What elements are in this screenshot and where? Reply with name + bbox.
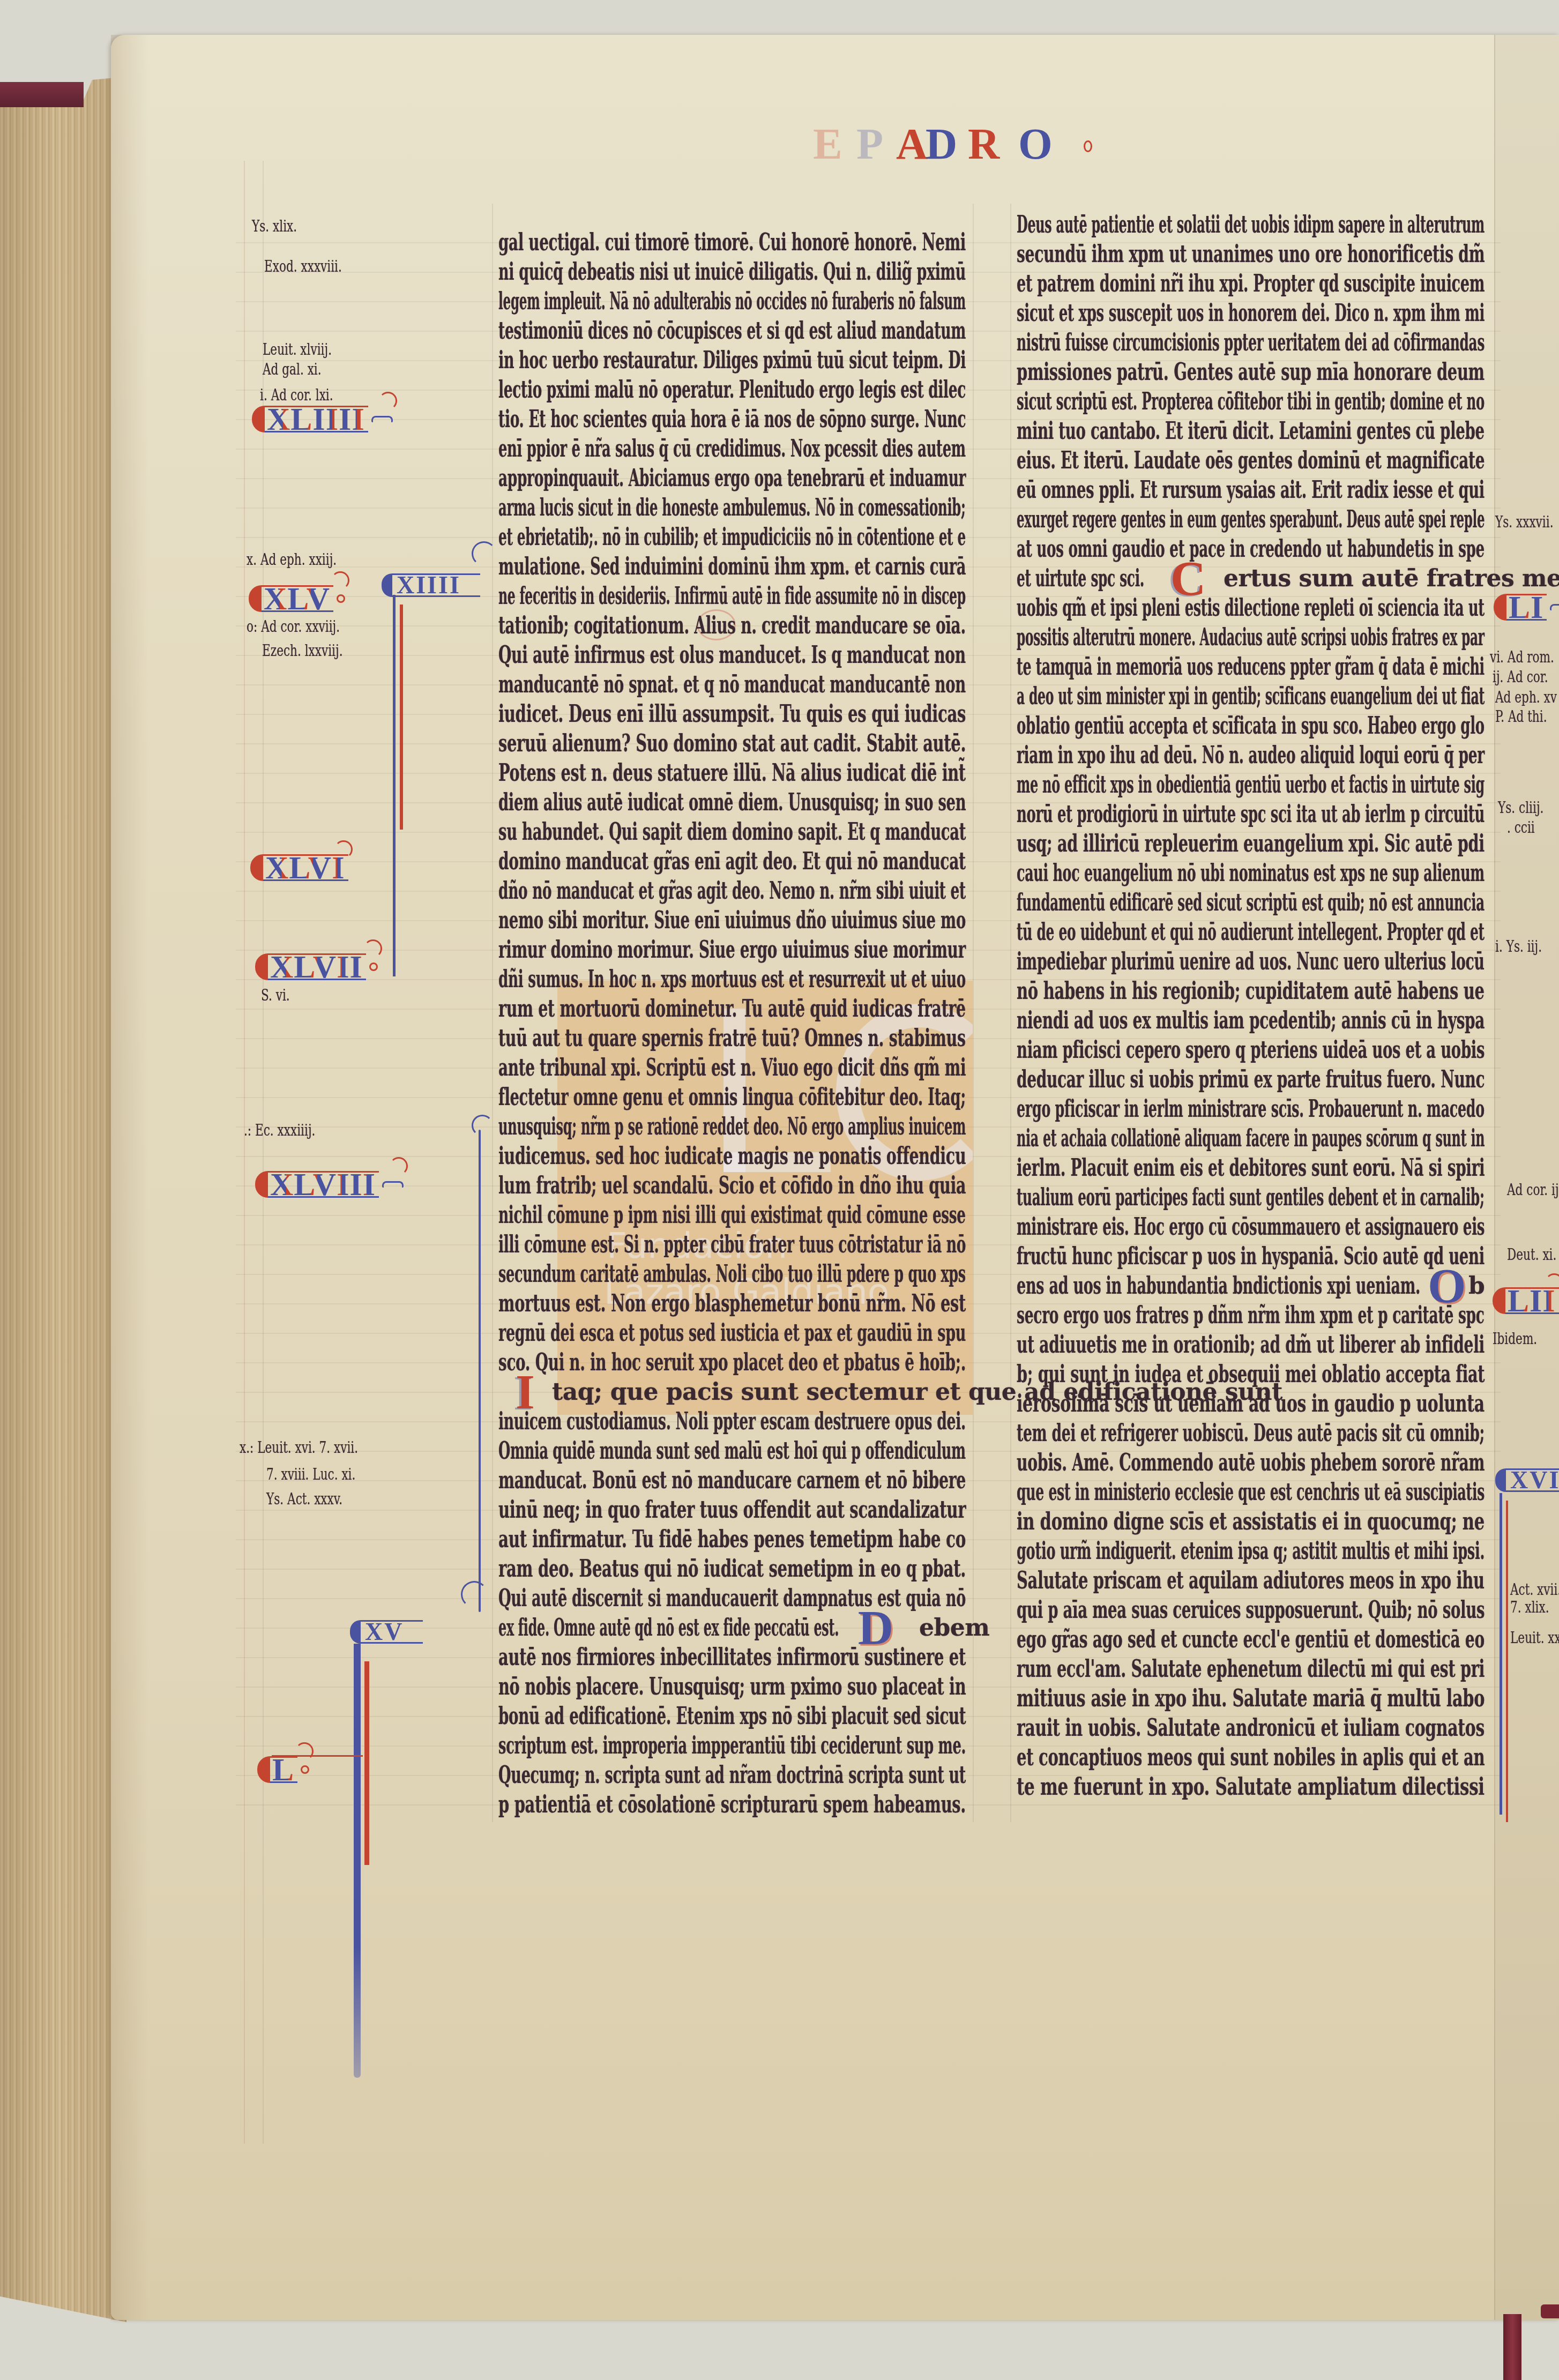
line-text: te me fuerunt in xpo. Salutate ampliatum…: [1017, 1772, 1485, 1802]
margin-note: 7. xlix.: [1510, 1598, 1549, 1617]
margin-note: Ad cor. ij.: [1507, 1181, 1559, 1200]
line-text: fructū hunc pficiscar p uos in hyspaniā.…: [1017, 1242, 1485, 1271]
line-text: autē nos firmiores inbecillitates infirm…: [498, 1643, 966, 1672]
chapter-number: XVI: [1495, 1468, 1559, 1492]
chapter-number: XV: [350, 1620, 423, 1644]
text-line: iudicemus. sed hoc iudicate magis ne pon…: [498, 1141, 966, 1171]
line-text: nistrū fuisse circumcisionis ppter uerit…: [1017, 328, 1485, 357]
text-column-2: Deus autē patientie et solatii det uobis…: [1017, 210, 1485, 1802]
text-line: Quecumq; n. scripta sunt ad nr̃am doctri…: [498, 1760, 966, 1790]
column-ruling: [492, 204, 493, 1822]
line-text: ex fide. Omne autē qd nō est ex fide pec…: [498, 1613, 839, 1643]
line-text: b: [1468, 1271, 1485, 1301]
line-text: sicut et xps suscepit uos in honorem dei…: [1017, 299, 1485, 328]
chapter-bracket-line: [393, 595, 396, 976]
line-text: seruū alienum? Suo domino stat aut cadit…: [498, 729, 966, 758]
rubric-cap-icon: [1494, 594, 1506, 621]
line-text: su habundet. Qui sapit diem domino sapit…: [498, 817, 966, 847]
text-line: in domino digne scīs et assistatis ei in…: [1017, 1507, 1485, 1536]
text-line: secundū ihm xpm ut unanimes uno ore hono…: [1017, 240, 1485, 269]
line-text: sicut scriptū est. Propterea cōfitebor t…: [1017, 387, 1485, 416]
rubric-cap-icon: [255, 1171, 268, 1198]
text-line: autē nos firmiores inbecillitates infirm…: [498, 1643, 966, 1672]
line-text: domino manducat gr̃as enī agit deo. Et q…: [498, 847, 966, 876]
margin-note: Ad eph. xv: [1495, 688, 1557, 707]
margin-note: Ys. xxxvii.: [1495, 513, 1554, 532]
text-line: et patrem domini nr̃i ihu xpi. Propter q…: [1017, 269, 1485, 299]
text-line: flectetur omne genu et omnis lingua cōfi…: [498, 1083, 966, 1112]
text-line: lum fratrib; uel scandalū. Scio et cōfid…: [498, 1171, 966, 1200]
text-line: te me fuerunt in xpo. Salutate ampliatum…: [1017, 1772, 1485, 1802]
line-text: nia et achaia collationē aliquam facere …: [1017, 1124, 1485, 1153]
line-text: a deo ut sim minister xpi in gentib; scī…: [1017, 682, 1485, 711]
chapter-bracket-line: [1500, 1493, 1502, 1815]
text-line: Itaq; que pacis sunt sectemur et que ad …: [498, 1377, 966, 1407]
text-line: nichil cōmune p ipm nisi illi qui existi…: [498, 1200, 966, 1230]
line-text: b; qui sunt in iudea et obsequii mei obl…: [1017, 1360, 1485, 1389]
text-line: et concaptiuos meos qui sunt nobiles in …: [1017, 1743, 1485, 1772]
text-line: a deo ut sim minister xpi in gentib; scī…: [1017, 682, 1485, 711]
line-text: testimoniū dices nō cōcupisces et si qd …: [498, 316, 966, 346]
text-line: uobis. Amē. Commendo autē uobis phebem s…: [1017, 1448, 1485, 1478]
text-line: mortuus est. Non ergo blasphemetur bonū …: [498, 1289, 966, 1318]
line-text: possitis alterutrū monere. Audacius autē…: [1017, 623, 1485, 652]
text-line: et uirtute spc sci.Certus sum autē fratr…: [1017, 564, 1485, 593]
text-line: manducat. Bonū est nō manducare carnem e…: [498, 1466, 966, 1495]
margin-note: S. vi.: [261, 986, 290, 1005]
line-segment: ex fide. Omne autē qd nō est ex fide pec…: [498, 1613, 839, 1643]
text-line: exurget regere gentes in eum gentes sper…: [1017, 505, 1485, 534]
capitulum-label: XLVIII: [268, 1171, 379, 1198]
header-letter: O: [1018, 122, 1053, 166]
initial-letter: I: [498, 1377, 552, 1407]
line-text: ertus sum autē fratres mei et ego ipse d…: [1224, 564, 1559, 593]
text-line: nistrū fuisse circumcisionis ppter uerit…: [1017, 328, 1485, 357]
line-text: dñi sumus. In hoc n. xps mortuus est et …: [498, 965, 966, 994]
line-text: uinū neq; in quo frater tuus offendit au…: [498, 1495, 966, 1525]
text-line: gotio urm̃ indiguerit. etenim ipsa q; as…: [1017, 1536, 1485, 1566]
line-text: nō habens in his regionib; cupiditatem a…: [1017, 976, 1485, 1006]
flourish-icon: [369, 963, 378, 971]
line-text: lectio pximi malū nō operatur. Plenitudo…: [498, 375, 966, 405]
line-text: bonū ad edificationē. Etenim xps nō sibi…: [498, 1702, 966, 1731]
capitulum-label: L: [270, 1756, 297, 1783]
flourish-icon: [472, 1115, 493, 1136]
text-line: ministrare eis. Hoc ergo cū cōsummauero …: [1017, 1212, 1485, 1242]
page-curvature-strip: [1494, 35, 1559, 2320]
page-stack-fore-edge: [0, 77, 126, 2322]
line-text: ierosolimā scīs ut ueniam ad uos in gaud…: [1017, 1389, 1485, 1419]
text-line: Omnia quidē munda sunt sed malū est hoī …: [498, 1436, 966, 1466]
flourish-icon: [382, 1181, 404, 1188]
text-line: tationib; cogitationum. Alius n. credit …: [498, 611, 966, 640]
line-text: scriptum est. improperia impperantiū tib…: [498, 1731, 966, 1760]
text-line: illi cōmune est. Si n. ppter cibū frater…: [498, 1230, 966, 1259]
text-line: pmissiones patrū. Gentes autē sup mīa ho…: [1017, 357, 1485, 387]
line-text: norū et prodigiorū in uirtute spc sci it…: [1017, 800, 1485, 829]
text-line: legem impleuit. Nā nō adulterabis nō occ…: [498, 287, 966, 316]
header-ghost-letter: P: [856, 122, 883, 166]
initial-letter: O: [1428, 1271, 1461, 1301]
text-line: Salutate priscam et aquilam adiutores me…: [1017, 1566, 1485, 1595]
initial-letter: D: [846, 1613, 906, 1643]
line-text: ante tribunal xpi. Scriptū est n. Viuo e…: [498, 1053, 966, 1083]
margin-note: Ibidem.: [1493, 1330, 1537, 1349]
line-text: nō nobis placere. Unusquisq; urm pximo s…: [498, 1672, 966, 1702]
text-line: regnū dei esca et potus sed iusticia et …: [498, 1318, 966, 1348]
line-text: secro ergo uos fratres p dñm nr̃m ihm xp…: [1017, 1301, 1485, 1330]
margin-note: i. Ys. iij.: [1495, 937, 1542, 957]
capitulum-label: XLIIII: [265, 406, 368, 432]
text-line: riam in xpo ihu ad deū. Nō n. audeo aliq…: [1017, 741, 1485, 770]
text-line: dñi sumus. In hoc n. xps mortuus est et …: [498, 965, 966, 994]
rubric-cap-icon: [257, 1756, 270, 1783]
line-text: Deus autē patientie et solatii det uobis…: [1017, 210, 1485, 240]
line-text: in domino digne scīs et assistatis ei in…: [1017, 1507, 1485, 1536]
line-text: rauit in uobis. Salutate andronicū et iu…: [1017, 1713, 1485, 1743]
line-text: tū de eo uidebunt et qui nō audierunt in…: [1017, 917, 1485, 947]
text-line: ante tribunal xpi. Scriptū est n. Viuo e…: [498, 1053, 966, 1083]
margin-note: Deut. xi.: [1507, 1245, 1556, 1265]
text-line: ens ad uos in habundantia bndictionis xp…: [1017, 1271, 1485, 1301]
line-text: Qui autē infirmus est olus manducet. Is …: [498, 640, 966, 670]
line-text: riam in xpo ihu ad deū. Nō n. audeo aliq…: [1017, 741, 1485, 770]
text-line: at uos omni gaudio et pace in credendo u…: [1017, 534, 1485, 564]
text-line: ierlm. Placuit enim eis et debitores sun…: [1017, 1153, 1485, 1183]
line-text: unusquisq; nr̃m p se rationē reddet deo.…: [498, 1112, 966, 1141]
line-text: qui p aīa mea suas ceruices supposuerunt…: [1017, 1595, 1485, 1625]
text-line: diem alius autē iudicat omnē diem. Unusq…: [498, 788, 966, 817]
header-dot-icon: [1084, 140, 1092, 152]
capitulum-number: LI: [1494, 594, 1559, 621]
text-line: lectio pximi malū nō operatur. Plenitudo…: [498, 375, 966, 405]
text-line: seruū alienum? Suo domino stat aut cadit…: [498, 729, 966, 758]
line-text: rum eccl'am. Salutate ephenetum dilectū …: [1017, 1654, 1485, 1684]
flourish-icon: [461, 1581, 488, 1608]
line-text: secundū ihm xpm ut unanimes uno ore hono…: [1017, 240, 1485, 269]
column-ruling: [973, 204, 974, 1822]
header-letter: D: [926, 122, 957, 166]
margin-note: Leuit. xlviij.: [263, 340, 332, 360]
line-text: mini tuo cantabo. Et iterū dicit. Letami…: [1017, 416, 1485, 446]
text-line: Deus autē patientie et solatii det uobis…: [1017, 210, 1485, 240]
text-line: tualium eorū participes facti sunt genti…: [1017, 1183, 1485, 1212]
text-line: inuicem custodiamus. Noli ppter escam de…: [498, 1407, 966, 1436]
line-text: illi cōmune est. Si n. ppter cibū frater…: [498, 1230, 966, 1259]
margin-note: ij. Ad cor.: [1493, 668, 1548, 687]
line-text: nichil cōmune p ipm nisi illi qui existi…: [498, 1200, 966, 1230]
chapter-label: XV: [361, 1620, 423, 1644]
capitulum-label: XLVII: [268, 953, 366, 980]
line-text: tem dei et refrigerer uobiscū. Deus autē…: [1017, 1419, 1485, 1448]
text-line: sco. Qui n. in hoc seruit xpo placet deo…: [498, 1348, 966, 1377]
flourish-icon: [301, 1765, 309, 1774]
capitulum-label: LI: [1506, 594, 1547, 621]
text-line: deducar illuc si uobis primū ex parte fr…: [1017, 1065, 1485, 1094]
line-text: usq; ad illiricū repleuerim euangelium x…: [1017, 829, 1485, 859]
capitulum-number: L: [257, 1756, 309, 1783]
capitulum-number: XLIIII: [252, 406, 393, 432]
line-segment: b: [1468, 1271, 1485, 1301]
line-text: me nō efficit xps in obedientiā gentiū u…: [1017, 770, 1485, 800]
line-text: ministrare eis. Hoc ergo cū cōsummauero …: [1017, 1212, 1485, 1242]
text-line: ierosolimā scīs ut ueniam ad uos in gaud…: [1017, 1389, 1485, 1419]
text-line: norū et prodigiorū in uirtute spc sci it…: [1017, 800, 1485, 829]
margin-note: Ys. Act. xxxv.: [266, 1490, 342, 1509]
text-line: iudicet. Deus enī illū assumpsit. Tu qui…: [498, 699, 966, 729]
text-line: fructū hunc pficiscar p uos in hyspaniā.…: [1017, 1242, 1485, 1271]
margin-note: x.: Leuit. xvi. 7. xvii.: [240, 1438, 358, 1458]
capitulum-label: LII: [1505, 1287, 1559, 1314]
text-line: ni quicq̄ debeatis nisi ut inuicē diliga…: [498, 257, 966, 287]
text-line: rum eccl'am. Salutate ephenetum dilectū …: [1017, 1654, 1485, 1684]
text-line: eū omnes ppli. Et rursum ysaias ait. Eri…: [1017, 475, 1485, 505]
flourish-icon: [337, 594, 345, 603]
chapter-bracket-line: [1506, 1501, 1508, 1822]
text-line: niendi ad uos ex multis iam pcedentib; a…: [1017, 1006, 1485, 1035]
line-text: caui hoc euangelium nō ubi nominatus est…: [1017, 859, 1485, 888]
rubric-cap-icon: [249, 585, 262, 612]
text-line: fundamentū edificarē sed sicut scriptū e…: [1017, 888, 1485, 917]
margin-note: x. Ad eph. xxiij.: [247, 550, 337, 570]
line-text: mulatione. Sed induimini dominū ihm xpm.…: [498, 552, 966, 581]
margin-note: . ccii: [1507, 818, 1535, 838]
line-text: te tamquā in memoriā uos reducens ppter …: [1017, 652, 1485, 682]
line-text: aut infirmatur. Tu fidē habes penes teme…: [498, 1525, 966, 1554]
text-line: Qui autē discernit si manducauerit dampn…: [498, 1584, 966, 1613]
text-line: bonū ad edificationē. Etenim xps nō sibi…: [498, 1702, 966, 1731]
text-line: Qui autē infirmus est olus manducet. Is …: [498, 640, 966, 670]
capitulum-number: LII: [1493, 1287, 1559, 1314]
text-line: tio. Et hoc scientes quia hora ē iā nos …: [498, 405, 966, 434]
line-text: deducar illuc si uobis primū ex parte fr…: [1017, 1065, 1485, 1094]
line-text: mortuus est. Non ergo blasphemetur bonū …: [498, 1289, 966, 1318]
bookmark-ribbon[interactable]: [1503, 2314, 1521, 2380]
text-line: me nō efficit xps in obedientiā gentiū u…: [1017, 770, 1485, 800]
line-text: pmissiones patrū. Gentes autē sup mīa ho…: [1017, 357, 1485, 387]
text-line: nia et achaia collationē aliquam facere …: [1017, 1124, 1485, 1153]
line-text: rimur domino morimur. Siue ergo uiuimus …: [498, 935, 966, 965]
text-line: p patientiā et cōsolationē scripturarū s…: [498, 1790, 966, 1819]
text-line: qui p aīa mea suas ceruices supposuerunt…: [1017, 1595, 1485, 1625]
flourish-icon: [1550, 604, 1559, 610]
text-line: ergo pficiscar in ierlm ministrare scīs.…: [1017, 1094, 1485, 1124]
text-line: tū de eo uidebunt et qui nō audierunt in…: [1017, 917, 1485, 947]
text-line: ex fide. Omne autē qd nō est ex fide pec…: [498, 1613, 966, 1643]
line-text: in hoc uerbo restauratur. Diliges pximū …: [498, 346, 966, 375]
line-text: tuū aut tu quare spernis fratrē tuū? Omn…: [498, 1024, 966, 1053]
line-text: sco. Qui n. in hoc seruit xpo placet deo…: [498, 1348, 966, 1377]
rubric-cap-icon: [350, 1620, 361, 1644]
initial-letter: C: [1167, 564, 1210, 593]
line-text: diem alius autē iudicat omnē diem. Unusq…: [498, 788, 966, 817]
text-line: arma lucis sicut in die honeste ambulemu…: [498, 493, 966, 523]
capitulum-label: XLV: [262, 585, 333, 612]
line-text: gotio urm̃ indiguerit. etenim ipsa q; as…: [1017, 1536, 1485, 1566]
text-line: et ebrietatib;. nō in cubilib; et impudi…: [498, 523, 966, 552]
line-text: ierlm. Placuit enim eis et debitores sun…: [1017, 1153, 1485, 1183]
capitulum-number: XLVI: [250, 854, 348, 881]
text-line: eius. Et iterū. Laudate oēs gentes domin…: [1017, 446, 1485, 475]
text-line: niam pficisci cepero spero q pteriens ui…: [1017, 1035, 1485, 1065]
line-text: p patientiā et cōsolationē scripturarū s…: [498, 1790, 966, 1819]
text-line: b; qui sunt in iudea et obsequii mei obl…: [1017, 1360, 1485, 1389]
line-text: et ebrietatib;. nō in cubilib; et impudi…: [498, 523, 966, 552]
line-text: eū omnes ppli. Et rursum ysaias ait. Eri…: [1017, 475, 1485, 505]
line-text: ebem: [919, 1613, 989, 1643]
line-text: tationib; cogitationum. Alius n. credit …: [498, 611, 966, 640]
bookmark-ribbon[interactable]: [1541, 2304, 1559, 2318]
text-line: uobis qm̃ et ipsi pleni estis dilectione…: [1017, 593, 1485, 623]
line-segment: et uirtute spc sci.: [1017, 564, 1144, 593]
text-line: usq; ad illiricū repleuerim euangelium x…: [1017, 829, 1485, 859]
margin-ruling: [244, 161, 245, 2144]
line-text: appropinquauit. Abiciamus ergo opa teneb…: [498, 464, 966, 493]
line-text: Salutate priscam et aquilam adiutores me…: [1017, 1566, 1485, 1595]
rubric-cap-icon: [1493, 1287, 1505, 1314]
chapter-bracket-line: [400, 605, 403, 830]
line-text: tualium eorū participes facti sunt genti…: [1017, 1183, 1485, 1212]
line-text: gal uectigal. cui timorē timorē. Cui hon…: [498, 228, 966, 257]
line-text: Potens est n. deus statuere illū. Nā ali…: [498, 758, 966, 788]
flourish-icon: [371, 416, 393, 422]
line-text: ego gr̃as ago sed et cuncte eccl'e genti…: [1017, 1625, 1485, 1654]
text-line: possitis alterutrū monere. Audacius autē…: [1017, 623, 1485, 652]
text-line: nō habens in his regionib; cupiditatem a…: [1017, 976, 1485, 1006]
text-line: dño nō manducat et gr̃as agit deo. Nemo …: [498, 876, 966, 906]
line-text: ens ad uos in habundantia bndictionis xp…: [1017, 1271, 1420, 1301]
rubric-cap-icon: [252, 406, 265, 432]
line-text: iudicet. Deus enī illū assumpsit. Tu qui…: [498, 699, 966, 729]
text-line: domino manducat gr̃as enī agit deo. Et q…: [498, 847, 966, 876]
text-line: appropinquauit. Abiciamus ergo opa teneb…: [498, 464, 966, 493]
text-line: sicut scriptū est. Propterea cōfitebor t…: [1017, 387, 1485, 416]
line-text: ne feceritis in desideriis. Infirmū autē…: [498, 581, 966, 611]
line-text: uobis. Amē. Commendo autē uobis phebem s…: [1017, 1448, 1485, 1478]
rubric-cap-icon: [255, 953, 268, 980]
rubric-cap-icon: [250, 854, 263, 881]
capitulum-number: XLV: [249, 585, 345, 612]
line-text: fundamentū edificarē sed sicut scriptū e…: [1017, 888, 1485, 917]
line-text: iudicemus. sed hoc iudicate magis ne pon…: [498, 1141, 966, 1171]
margin-note: Ezech. lxxviij.: [262, 641, 343, 661]
margin-note: Ad gal. xi.: [263, 360, 322, 379]
line-text: rum et mortuorū dominetur. Tu autē quid …: [498, 994, 966, 1024]
text-line: nō nobis placere. Unusquisq; urm pximo s…: [498, 1672, 966, 1702]
text-line: ut adiuuetis me in orationib; ad dm̃ ut …: [1017, 1330, 1485, 1360]
line-text: et uirtute spc sci.: [1017, 564, 1144, 593]
line-text: mitiuus asie in xpo ihu. Salutate mariā …: [1017, 1684, 1485, 1713]
rubric-cap-icon: [1495, 1468, 1506, 1492]
line-text: ut adiuuetis me in orationib; ad dm̃ ut …: [1017, 1330, 1485, 1360]
margin-note: Ys. cliij.: [1498, 799, 1543, 818]
line-text: uobis qm̃ et ipsi pleni estis dilectione…: [1017, 593, 1485, 623]
line-text: ram deo. Beatus qui nō iudicat semetipm …: [498, 1554, 966, 1584]
text-line: su habundet. Qui sapit diem domino sapit…: [498, 817, 966, 847]
line-text: et patrem domini nr̃i ihu xpi. Propter q…: [1017, 269, 1485, 299]
text-line: mitiuus asie in xpo ihu. Salutate mariā …: [1017, 1684, 1485, 1713]
text-line: ne feceritis in desideriis. Infirmū autē…: [498, 581, 966, 611]
text-line: secro ergo uos fratres p dñm nr̃m ihm xp…: [1017, 1301, 1485, 1330]
line-segment: ebem: [919, 1613, 989, 1643]
chapter-bracket-line: [479, 1130, 481, 1612]
line-text: lum fratrib; uel scandalū. Scio et cōfid…: [498, 1171, 966, 1200]
text-line: mulatione. Sed induimini dominū ihm xpm.…: [498, 552, 966, 581]
text-line: in hoc uerbo restauratur. Diliges pximū …: [498, 346, 966, 375]
text-line: Potens est n. deus statuere illū. Nā ali…: [498, 758, 966, 788]
text-line: secundum caritatē ambulas. Noli cibo tuo…: [498, 1259, 966, 1289]
text-line: manducantē nō spnat. et q nō manducat ma…: [498, 670, 966, 699]
text-line: gal uectigal. cui timorē timorē. Cui hon…: [498, 228, 966, 257]
line-text: nemo sibi moritur. Siue enī uiuimus dño …: [498, 906, 966, 935]
line-text: Omnia quidē munda sunt sed malū est hoī …: [498, 1436, 966, 1466]
line-text: secundum caritatē ambulas. Noli cibo tuo…: [498, 1259, 966, 1289]
capitulum-number: XLVIII: [255, 1171, 404, 1198]
line-text: manducat. Bonū est nō manducare carnem e…: [498, 1466, 966, 1495]
text-line: uinū neq; in quo frater tuus offendit au…: [498, 1495, 966, 1525]
margin-note: Act. xvii.: [1510, 1580, 1559, 1600]
line-text: inuicem custodiamus. Noli ppter escam de…: [498, 1407, 966, 1436]
column-ruling: [1010, 204, 1011, 1822]
text-line: aut infirmatur. Tu fidē habes penes teme…: [498, 1525, 966, 1554]
line-text: flectetur omne genu et omnis lingua cōfi…: [498, 1083, 966, 1112]
line-text: arma lucis sicut in die honeste ambulemu…: [498, 493, 966, 523]
text-line: unusquisq; nr̃m p se rationē reddet deo.…: [498, 1112, 966, 1141]
line-text: at uos omni gaudio et pace in credendo u…: [1017, 534, 1485, 564]
rubric-cap-icon: [382, 573, 392, 597]
text-line: ram deo. Beatus qui nō iudicat semetipm …: [498, 1554, 966, 1584]
chapter-bracket-line: [354, 1644, 361, 2078]
header-letter: R: [968, 122, 999, 166]
margin-note: P. Ad thi.: [1495, 707, 1547, 727]
text-line: tem dei et refrigerer uobiscū. Deus autē…: [1017, 1419, 1485, 1448]
text-line: ego gr̃as ago sed et cuncte eccl'e genti…: [1017, 1625, 1485, 1654]
line-text: ni quicq̄ debeatis nisi ut inuicē diliga…: [498, 257, 966, 287]
text-line: enī ppior ē nr̃a salus q̄ cū credidimus.…: [498, 434, 966, 464]
line-text: impediebar plurimū uenire ad uos. Nunc u…: [1017, 947, 1485, 976]
margin-note: Exod. xxxviii.: [264, 257, 342, 277]
line-text: dño nō manducat et gr̃as agit deo. Nemo …: [498, 876, 966, 906]
margin-note: o: Ad cor. xxviij.: [247, 617, 340, 637]
chapter-label: XVI: [1506, 1468, 1559, 1492]
margin-note: .: Ec. xxxiiij.: [244, 1121, 315, 1140]
capitulum-label: XLVI: [263, 854, 348, 881]
margin-note: 7. xviii. Luc. xi.: [266, 1465, 355, 1484]
line-text: enī ppior ē nr̃a salus q̄ cū credidimus.…: [498, 434, 966, 464]
line-segment: ens ad uos in habundantia bndictionis xp…: [1017, 1271, 1420, 1301]
text-line: mini tuo cantabo. Et iterū dicit. Letami…: [1017, 416, 1485, 446]
text-line: oblatio gentiū accepta et scīficata in s…: [1017, 711, 1485, 741]
line-segment: ertus sum autē fratres mei et ego ipse d…: [1224, 564, 1559, 593]
line-text: eius. Et iterū. Laudate oēs gentes domin…: [1017, 446, 1485, 475]
line-text: tio. Et hoc scientes quia hora ē iā nos …: [498, 405, 966, 434]
text-line: impediebar plurimū uenire ad uos. Nunc u…: [1017, 947, 1485, 976]
margin-note: vi. Ad rom.: [1490, 648, 1554, 667]
text-line: scriptum est. improperia impperantiū tib…: [498, 1731, 966, 1760]
line-text: manducantē nō spnat. et q nō manducat ma…: [498, 670, 966, 699]
flourish-icon: [472, 541, 496, 566]
text-line: que est in ministerio ecclesie que est c…: [1017, 1478, 1485, 1507]
line-text: exurget regere gentes in eum gentes sper…: [1017, 505, 1485, 534]
line-text: ergo pficiscar in ierlm ministrare scīs.…: [1017, 1094, 1485, 1124]
text-line: nemo sibi moritur. Siue enī uiuimus dño …: [498, 906, 966, 935]
text-line: tuū aut tu quare spernis fratrē tuū? Omn…: [498, 1024, 966, 1053]
line-text: que est in ministerio ecclesie que est c…: [1017, 1478, 1485, 1507]
text-line: rauit in uobis. Salutate andronicū et iu…: [1017, 1713, 1485, 1743]
text-line: rimur domino morimur. Siue ergo uiuimus …: [498, 935, 966, 965]
book-cover-edge: [0, 82, 84, 107]
line-text: niendi ad uos ex multis iam pcedentib; a…: [1017, 1006, 1485, 1035]
